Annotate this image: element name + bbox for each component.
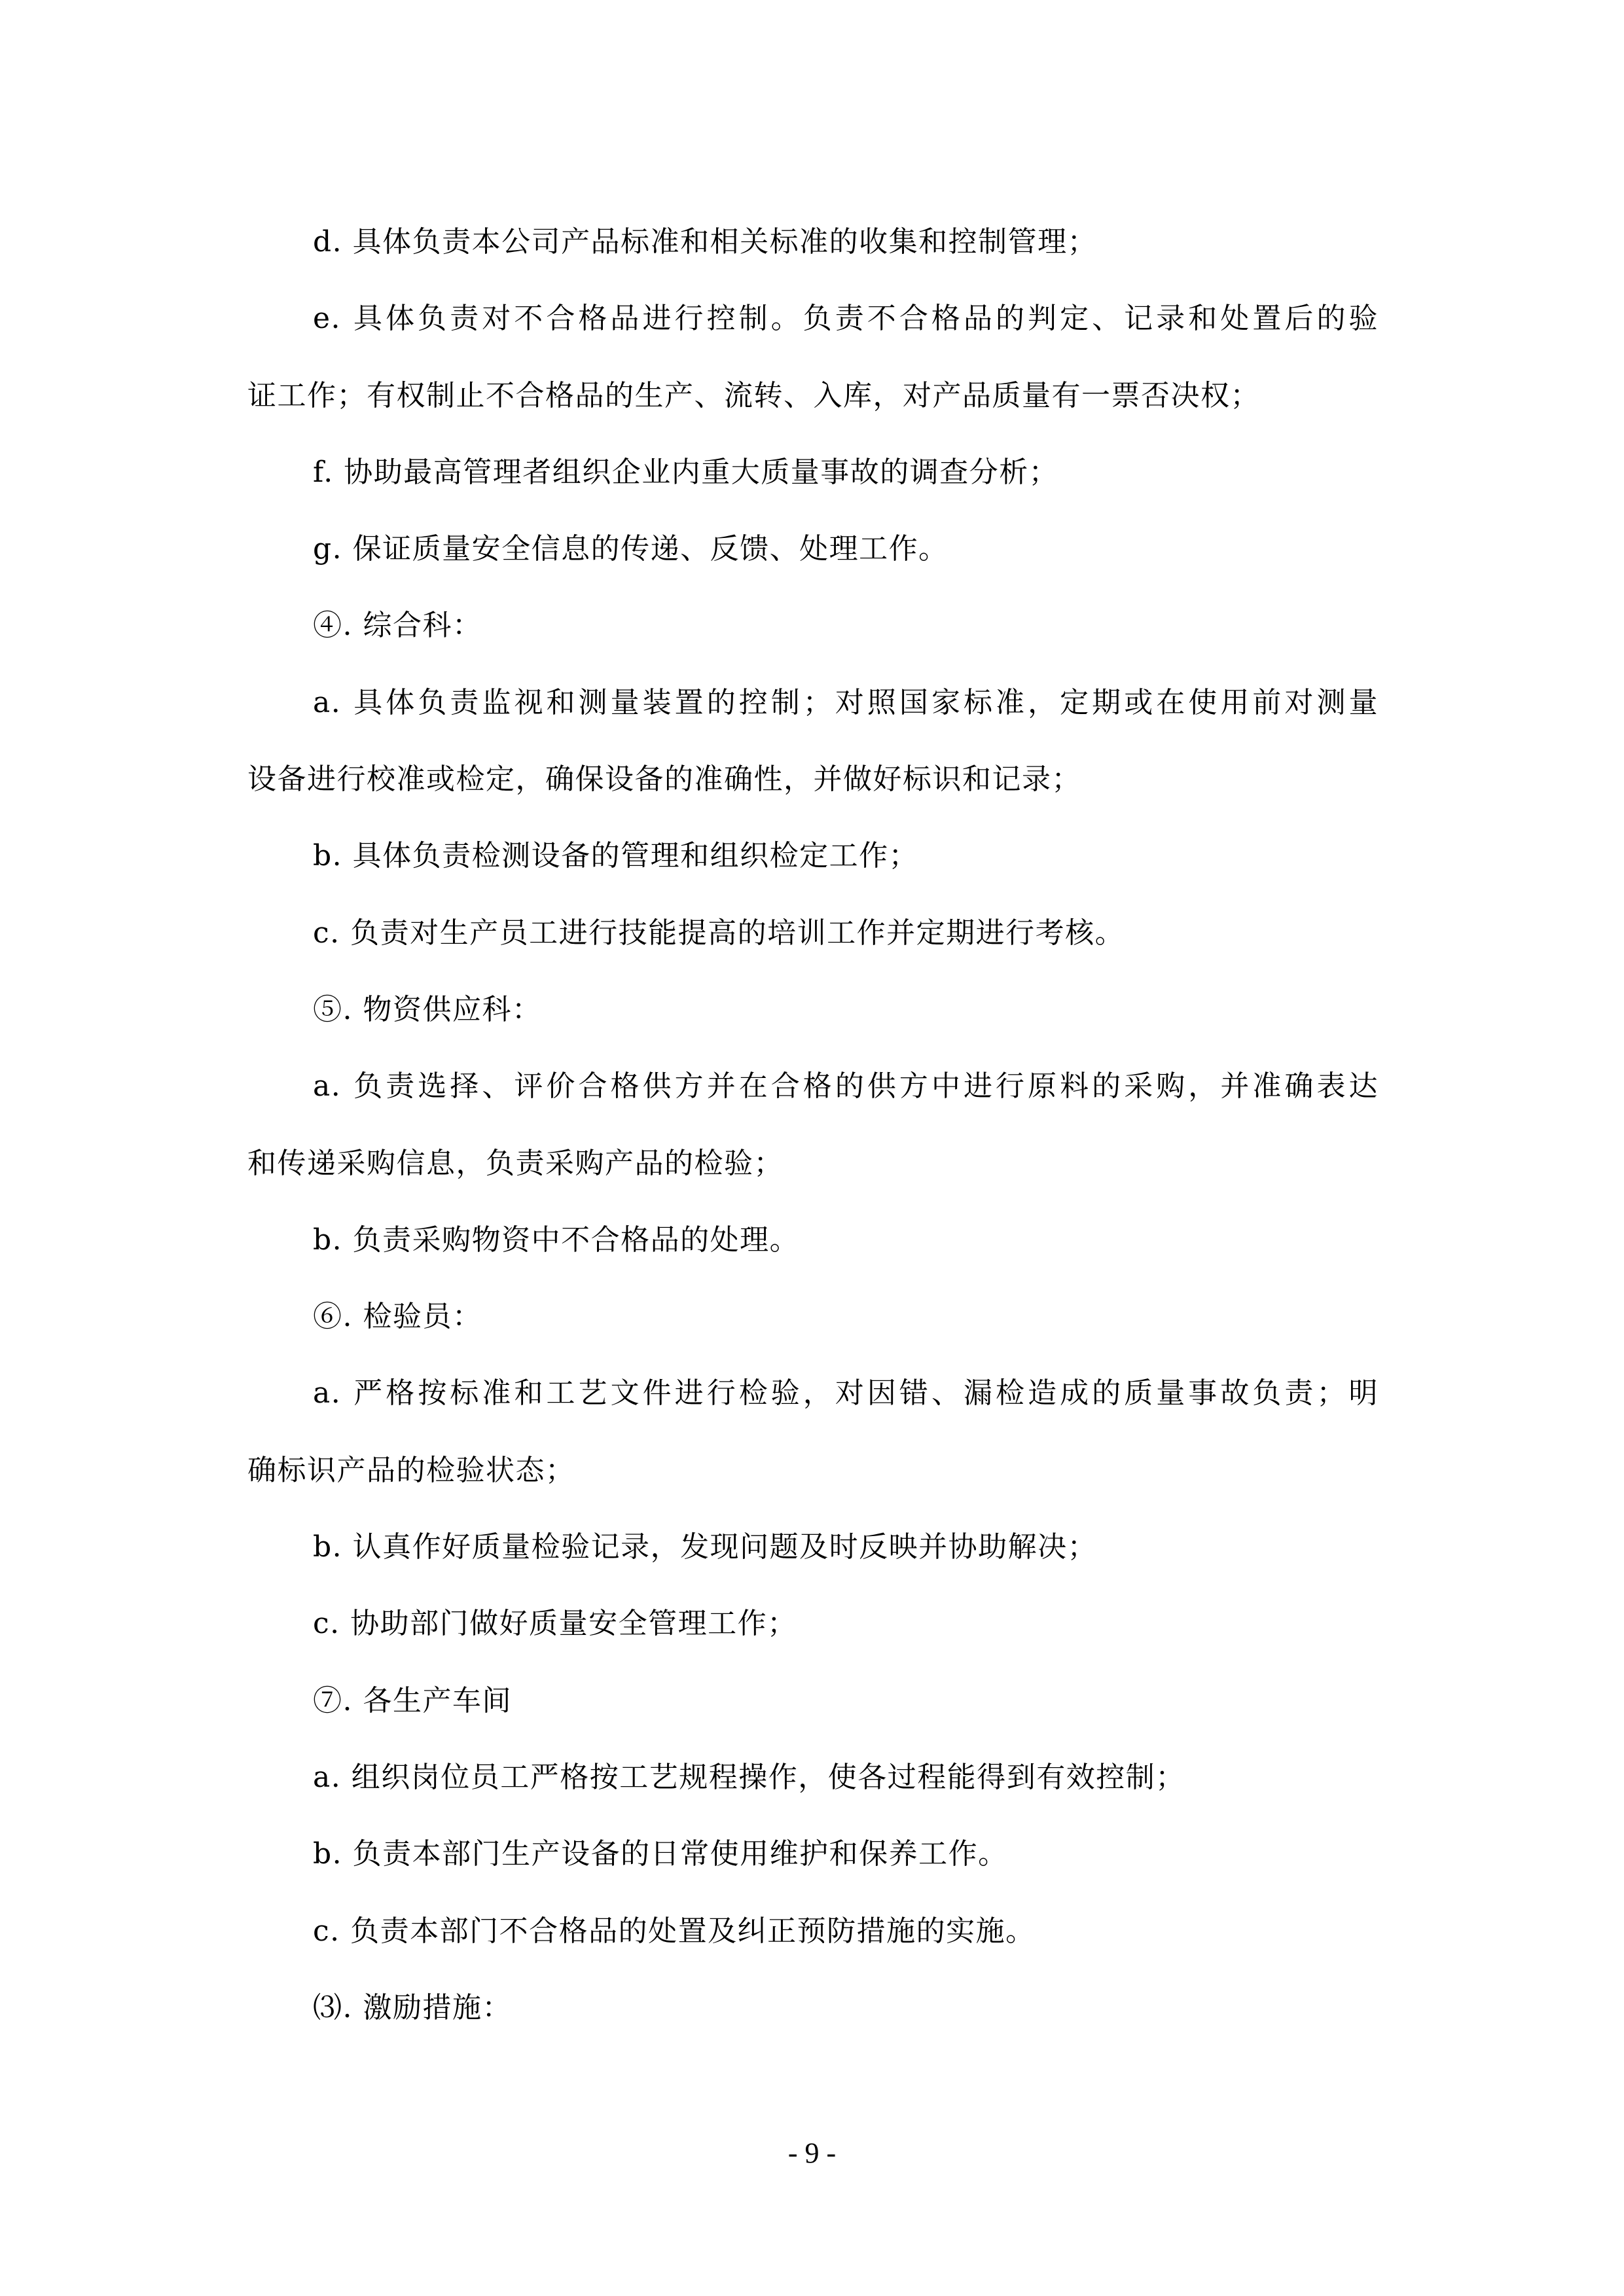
section-heading-material-supply: ⑤. 物资供应科： xyxy=(247,990,1379,1067)
paragraph-line-item-b: b. 认真作好质量检验记录，发现问题及时反映并协助解决； xyxy=(247,1528,1379,1604)
document-page: d. 具体负责本公司产品标准和相关标准的收集和控制管理； e. 具体负责对不合格… xyxy=(0,0,1624,2296)
paragraph-line-item-b: b. 负责采购物资中不合格品的处理。 xyxy=(247,1221,1379,1297)
paragraph-line-item-a: a. 组织岗位员工严格按工艺规程操作，使各过程能得到有效控制； xyxy=(247,1758,1379,1835)
paragraph-line-item-a-continued: 和传递采购信息，负责采购产品的检验； xyxy=(247,1144,1379,1221)
paragraph-line-item-a: a. 严格按标准和工艺文件进行检验，对因错、漏检造成的质量事故负责；明 xyxy=(247,1374,1379,1450)
paragraph-line-item-b: b. 具体负责检测设备的管理和组织检定工作； xyxy=(247,836,1379,913)
paragraph-line-item-c: c. 协助部门做好质量安全管理工作； xyxy=(247,1604,1379,1681)
section-heading-inspector: ⑥. 检验员： xyxy=(247,1297,1379,1374)
paragraph-line-item-f: f. 协助最高管理者组织企业内重大质量事故的调查分析； xyxy=(247,453,1379,529)
paragraph-line-item-a-continued: 确标识产品的检验状态； xyxy=(247,1451,1379,1528)
paragraph-line-item-c: c. 负责对生产员工进行技能提高的培训工作并定期进行考核。 xyxy=(247,914,1379,990)
paragraph-line-item-e: e. 具体负责对不合格品进行控制。负责不合格品的判定、记录和处置后的验 xyxy=(247,299,1379,376)
paragraph-line-item-d: d. 具体负责本公司产品标准和相关标准的收集和控制管理； xyxy=(247,223,1379,299)
section-heading-incentive-measures: ⑶. 激励措施： xyxy=(247,1988,1379,2065)
page-number: - 9 - xyxy=(0,2135,1624,2172)
paragraph-line-item-a-continued: 设备进行校准或检定，确保设备的准确性，并做好标识和记录； xyxy=(247,760,1379,836)
paragraph-line-item-c: c. 负责本部门不合格品的处置及纠正预防措施的实施。 xyxy=(247,1912,1379,1988)
document-body: d. 具体负责本公司产品标准和相关标准的收集和控制管理； e. 具体负责对不合格… xyxy=(247,223,1379,2065)
paragraph-line-item-b: b. 负责本部门生产设备的日常使用维护和保养工作。 xyxy=(247,1835,1379,1911)
paragraph-line-item-a: a. 具体负责监视和测量装置的控制；对照国家标准，定期或在使用前对测量 xyxy=(247,683,1379,760)
paragraph-line-item-g: g. 保证质量安全信息的传递、反馈、处理工作。 xyxy=(247,529,1379,606)
section-heading-general-affairs: ④. 综合科： xyxy=(247,606,1379,683)
paragraph-line-item-e-continued: 证工作；有权制止不合格品的生产、流转、入库，对产品质量有一票否决权； xyxy=(247,376,1379,453)
paragraph-line-item-a: a. 负责选择、评价合格供方并在合格的供方中进行原料的采购，并准确表达 xyxy=(247,1067,1379,1143)
section-heading-production-workshops: ⑦. 各生产车间 xyxy=(247,1681,1379,1758)
